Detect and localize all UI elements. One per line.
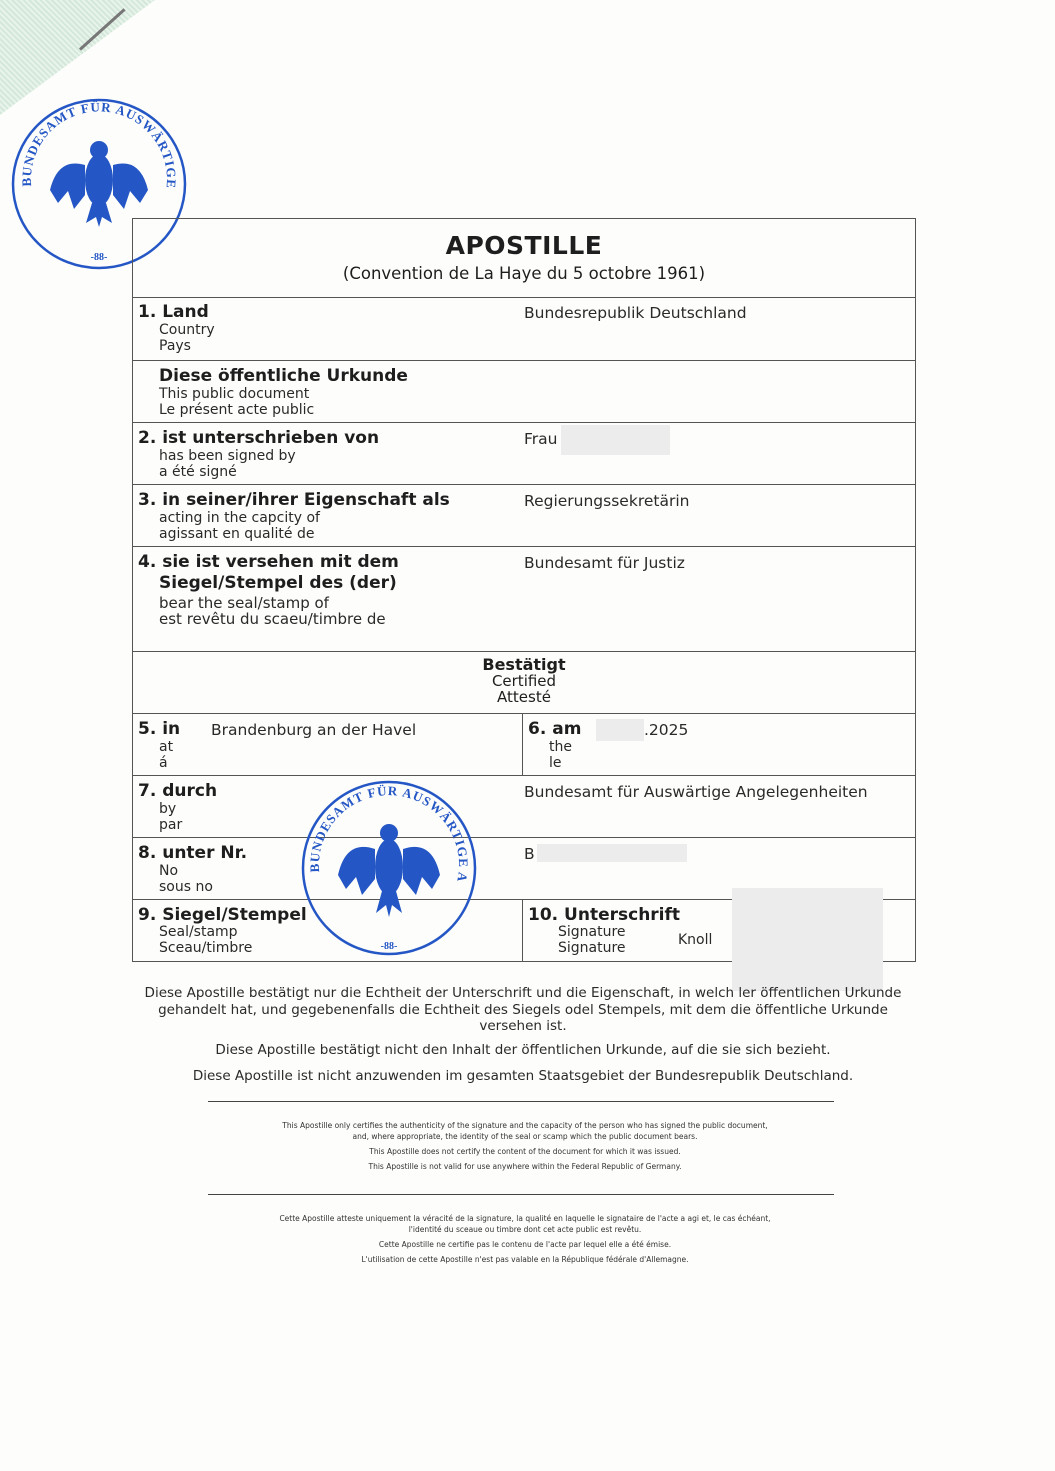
divider [208, 1194, 834, 1195]
document-title: APOSTILLE [133, 219, 915, 260]
certified-block: Bestätigt Certified Attesté [133, 651, 915, 713]
redacted-reg-number [537, 844, 687, 862]
redacted-date [596, 719, 644, 741]
date-value: .2025 [644, 721, 688, 739]
official-seal-stamp: BUNDESAMT FÜR AUSWÄRTIGE ANGELEGENHEITEN… [298, 777, 480, 959]
note-fr-2: Cette Apostille ne certifie pas le conte… [275, 1239, 775, 1250]
issued-by-value: Bundesamt für Auswärtige Angelegenheiten [524, 783, 868, 801]
note-de-2: Diese Apostille bestätigt nicht den Inha… [132, 1042, 914, 1059]
svg-text:-88-: -88- [91, 252, 108, 263]
eagle-icon [338, 824, 440, 917]
redacted-signature [732, 888, 883, 991]
form-header: APOSTILLE (Convention de La Haye du 5 oc… [133, 219, 915, 297]
field-capacity: 3. in seiner/ihrer Eigenschaft als actin… [133, 484, 915, 546]
field-issued-by: 7. durch by par Bundesamt für Auswärtige… [133, 775, 915, 837]
field-public-document: Diese öffentliche Urkunde This public do… [133, 360, 915, 422]
country-value: Bundesrepublik Deutschland [524, 304, 747, 322]
document-subtitle: (Convention de La Haye du 5 octobre 1961… [133, 264, 915, 283]
redacted-signer-name [561, 425, 670, 455]
note-de-1: Diese Apostille bestätigt nur die Echthe… [132, 985, 914, 1035]
signer-value: Frau [524, 430, 557, 448]
field-country: 1. Land Country Pays Bundesrepublik Deut… [133, 297, 915, 360]
note-de-3: Diese Apostille ist nicht anzuwenden im … [132, 1068, 914, 1085]
apostille-form: APOSTILLE (Convention de La Haye du 5 oc… [132, 218, 916, 962]
field-place-date: 5. in at á Brandenburg an der Havel 6. a… [133, 713, 915, 775]
field-signed-by: 2. ist unterschrieben von has been signe… [133, 422, 915, 484]
capacity-value: Regierungssekretärin [524, 492, 689, 510]
note-en-1: This Apostille only certifies the authen… [280, 1120, 770, 1142]
note-en-2: This Apostille does not certify the cont… [280, 1146, 770, 1157]
eagle-icon [50, 141, 148, 227]
reg-number-value: B [524, 845, 535, 863]
divider [208, 1101, 834, 1102]
field-seal-of: 4. sie ist versehen mit dem Siegel/Stemp… [133, 546, 915, 651]
signature-value: Knoll [678, 932, 712, 948]
place-value: Brandenburg an der Havel [211, 721, 416, 739]
svg-text:-88-: -88- [381, 941, 398, 952]
note-fr-3: L'utilisation de cette Apostille n'est p… [275, 1254, 775, 1265]
note-fr-1: Cette Apostille atteste uniquement la vé… [275, 1213, 775, 1235]
seal-of-value: Bundesamt für Justiz [524, 554, 685, 572]
note-en-3: This Apostille is not valid for use anyw… [280, 1161, 770, 1172]
